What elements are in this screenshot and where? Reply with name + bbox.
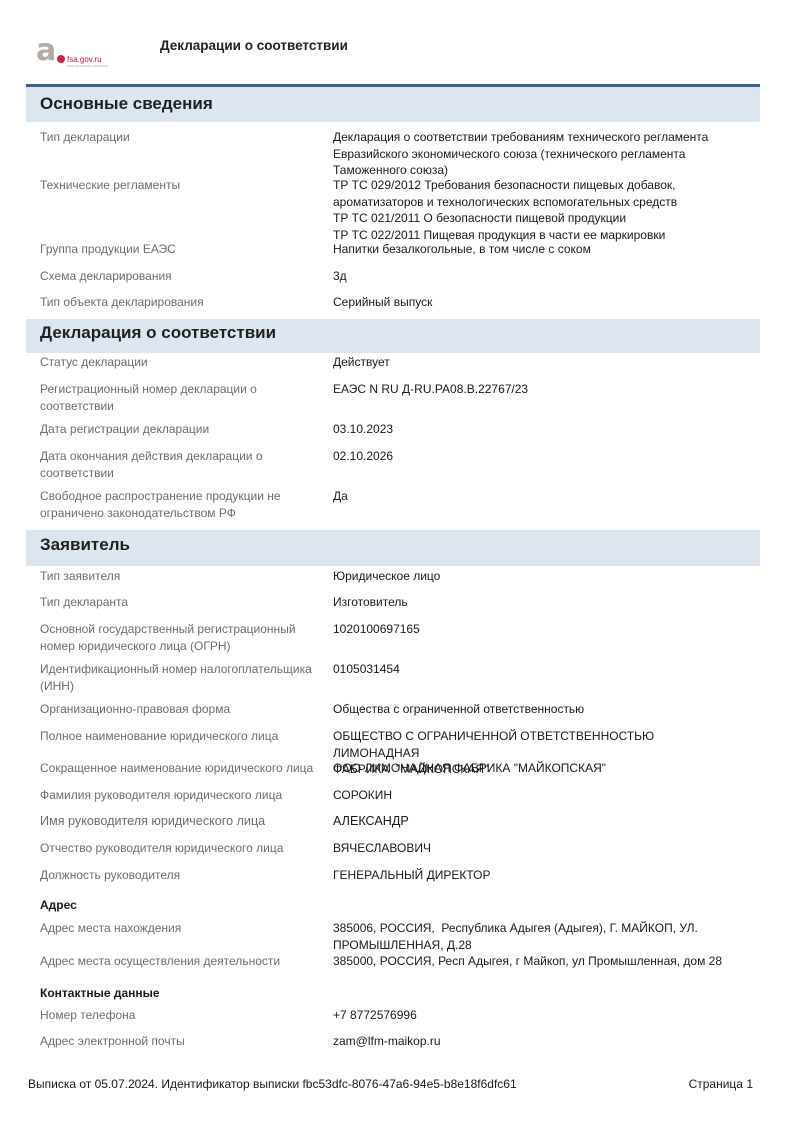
- field-label: Отчество руководителя юридического лица: [40, 840, 325, 857]
- field-label: Адрес электронной почты: [40, 1033, 325, 1050]
- section-header-declaration: Декларация о соответствии: [26, 319, 760, 353]
- field-value: 02.10.2026: [333, 448, 733, 465]
- field-label: Регистрационный номер декларации о соотв…: [40, 381, 325, 414]
- field-label: Схема декларирования: [40, 268, 325, 285]
- field-label: Должность руководителя: [40, 867, 325, 884]
- field-value: 03.10.2023: [333, 421, 733, 438]
- field-value: ВЯЧЕСЛАВОВИЧ: [333, 840, 733, 857]
- field-value: ООО ЛИМОНАДНАЯ ФАБРИКА "МАЙКОПСКАЯ": [333, 760, 733, 777]
- field-label: Номер телефона: [40, 1007, 325, 1024]
- field-label: Фамилия руководителя юридического лица: [40, 787, 325, 804]
- section-header-applicant: Заявитель: [26, 530, 760, 566]
- field-label: Основной государственный регистрационный…: [40, 621, 325, 654]
- field-label: Дата регистрации декларации: [40, 421, 325, 438]
- field-label: Адрес места нахождения: [40, 920, 325, 937]
- subheading-address: Адрес: [40, 898, 77, 912]
- field-label: Тип декларанта: [40, 594, 325, 611]
- field-value: Изготовитель: [333, 594, 733, 611]
- field-label: Тип объекта декларирования: [40, 294, 325, 311]
- status-badge: Действует: [333, 354, 733, 371]
- fsa-logo[interactable]: a fsa.gov.ru электронные сервисы: [36, 36, 136, 72]
- field-label: Тип декларации: [40, 129, 325, 146]
- phone-value[interactable]: +7 8772576996: [333, 1007, 733, 1024]
- fsa-logo-a-icon: a: [36, 36, 56, 66]
- field-value: Напитки безалкогольные, в том числе с со…: [333, 241, 733, 258]
- document-title: Декларации о соответствии: [160, 38, 348, 53]
- field-label: Сокращенное наименование юридического ли…: [40, 760, 325, 777]
- field-label: Тип заявителя: [40, 568, 325, 585]
- field-label: Полное наименование юридического лица: [40, 728, 325, 745]
- field-label: Имя руководителя юридического лица: [40, 813, 325, 830]
- field-label: Группа продукции ЕАЭС: [40, 241, 325, 258]
- page-header: a fsa.gov.ru электронные сервисы Деклара…: [0, 0, 793, 84]
- field-label: Свободное распространение продукции не о…: [40, 488, 325, 521]
- field-value: ТР ТС 029/2012 Требования безопасности п…: [333, 177, 733, 243]
- field-value: ЕАЭС N RU Д-RU.РА08.В.22767/23: [333, 381, 733, 398]
- field-value: Общества с ограниченной ответственностью: [333, 701, 733, 718]
- field-value: Серийный выпуск: [333, 294, 733, 311]
- logo-dot-icon: [57, 55, 65, 63]
- field-value: 0105031454: [333, 661, 733, 678]
- logo-subtitle: электронные сервисы: [67, 63, 108, 68]
- field-value: 1020100697165: [333, 621, 733, 638]
- field-value: 385006, РОССИЯ, Республика Адыгея (Адыге…: [333, 920, 733, 953]
- field-label: Дата окончания действия декларации о соо…: [40, 448, 325, 481]
- field-value: Юридическое лицо: [333, 568, 733, 585]
- field-label: Статус декларации: [40, 354, 325, 371]
- email-link[interactable]: zam@lfm-maikop.ru: [333, 1033, 733, 1050]
- page-number: Страница 1: [689, 1077, 753, 1091]
- field-label: Технические регламенты: [40, 177, 325, 194]
- field-value: 385000, РОССИЯ, Респ Адыгея, г Майкоп, у…: [333, 953, 753, 970]
- field-label: Адрес места осуществления деятельности: [40, 953, 325, 970]
- field-value: Да: [333, 488, 733, 505]
- field-value: АЛЕКСАНДР: [333, 813, 733, 830]
- field-value: ГЕНЕРАЛЬНЫЙ ДИРЕКТОР: [333, 867, 733, 884]
- field-label: Идентификационный номер налогоплательщик…: [40, 661, 325, 694]
- section-header-basic: Основные сведения: [26, 84, 760, 122]
- extract-info: Выписка от 05.07.2024. Идентификатор вып…: [28, 1077, 517, 1091]
- field-label: Организационно-правовая форма: [40, 701, 325, 718]
- field-value: Декларация о соответствии требованиям те…: [333, 129, 733, 179]
- field-value: СОРОКИН: [333, 787, 733, 804]
- subheading-contacts: Контактные данные: [40, 986, 160, 1000]
- field-value: 3д: [333, 268, 733, 285]
